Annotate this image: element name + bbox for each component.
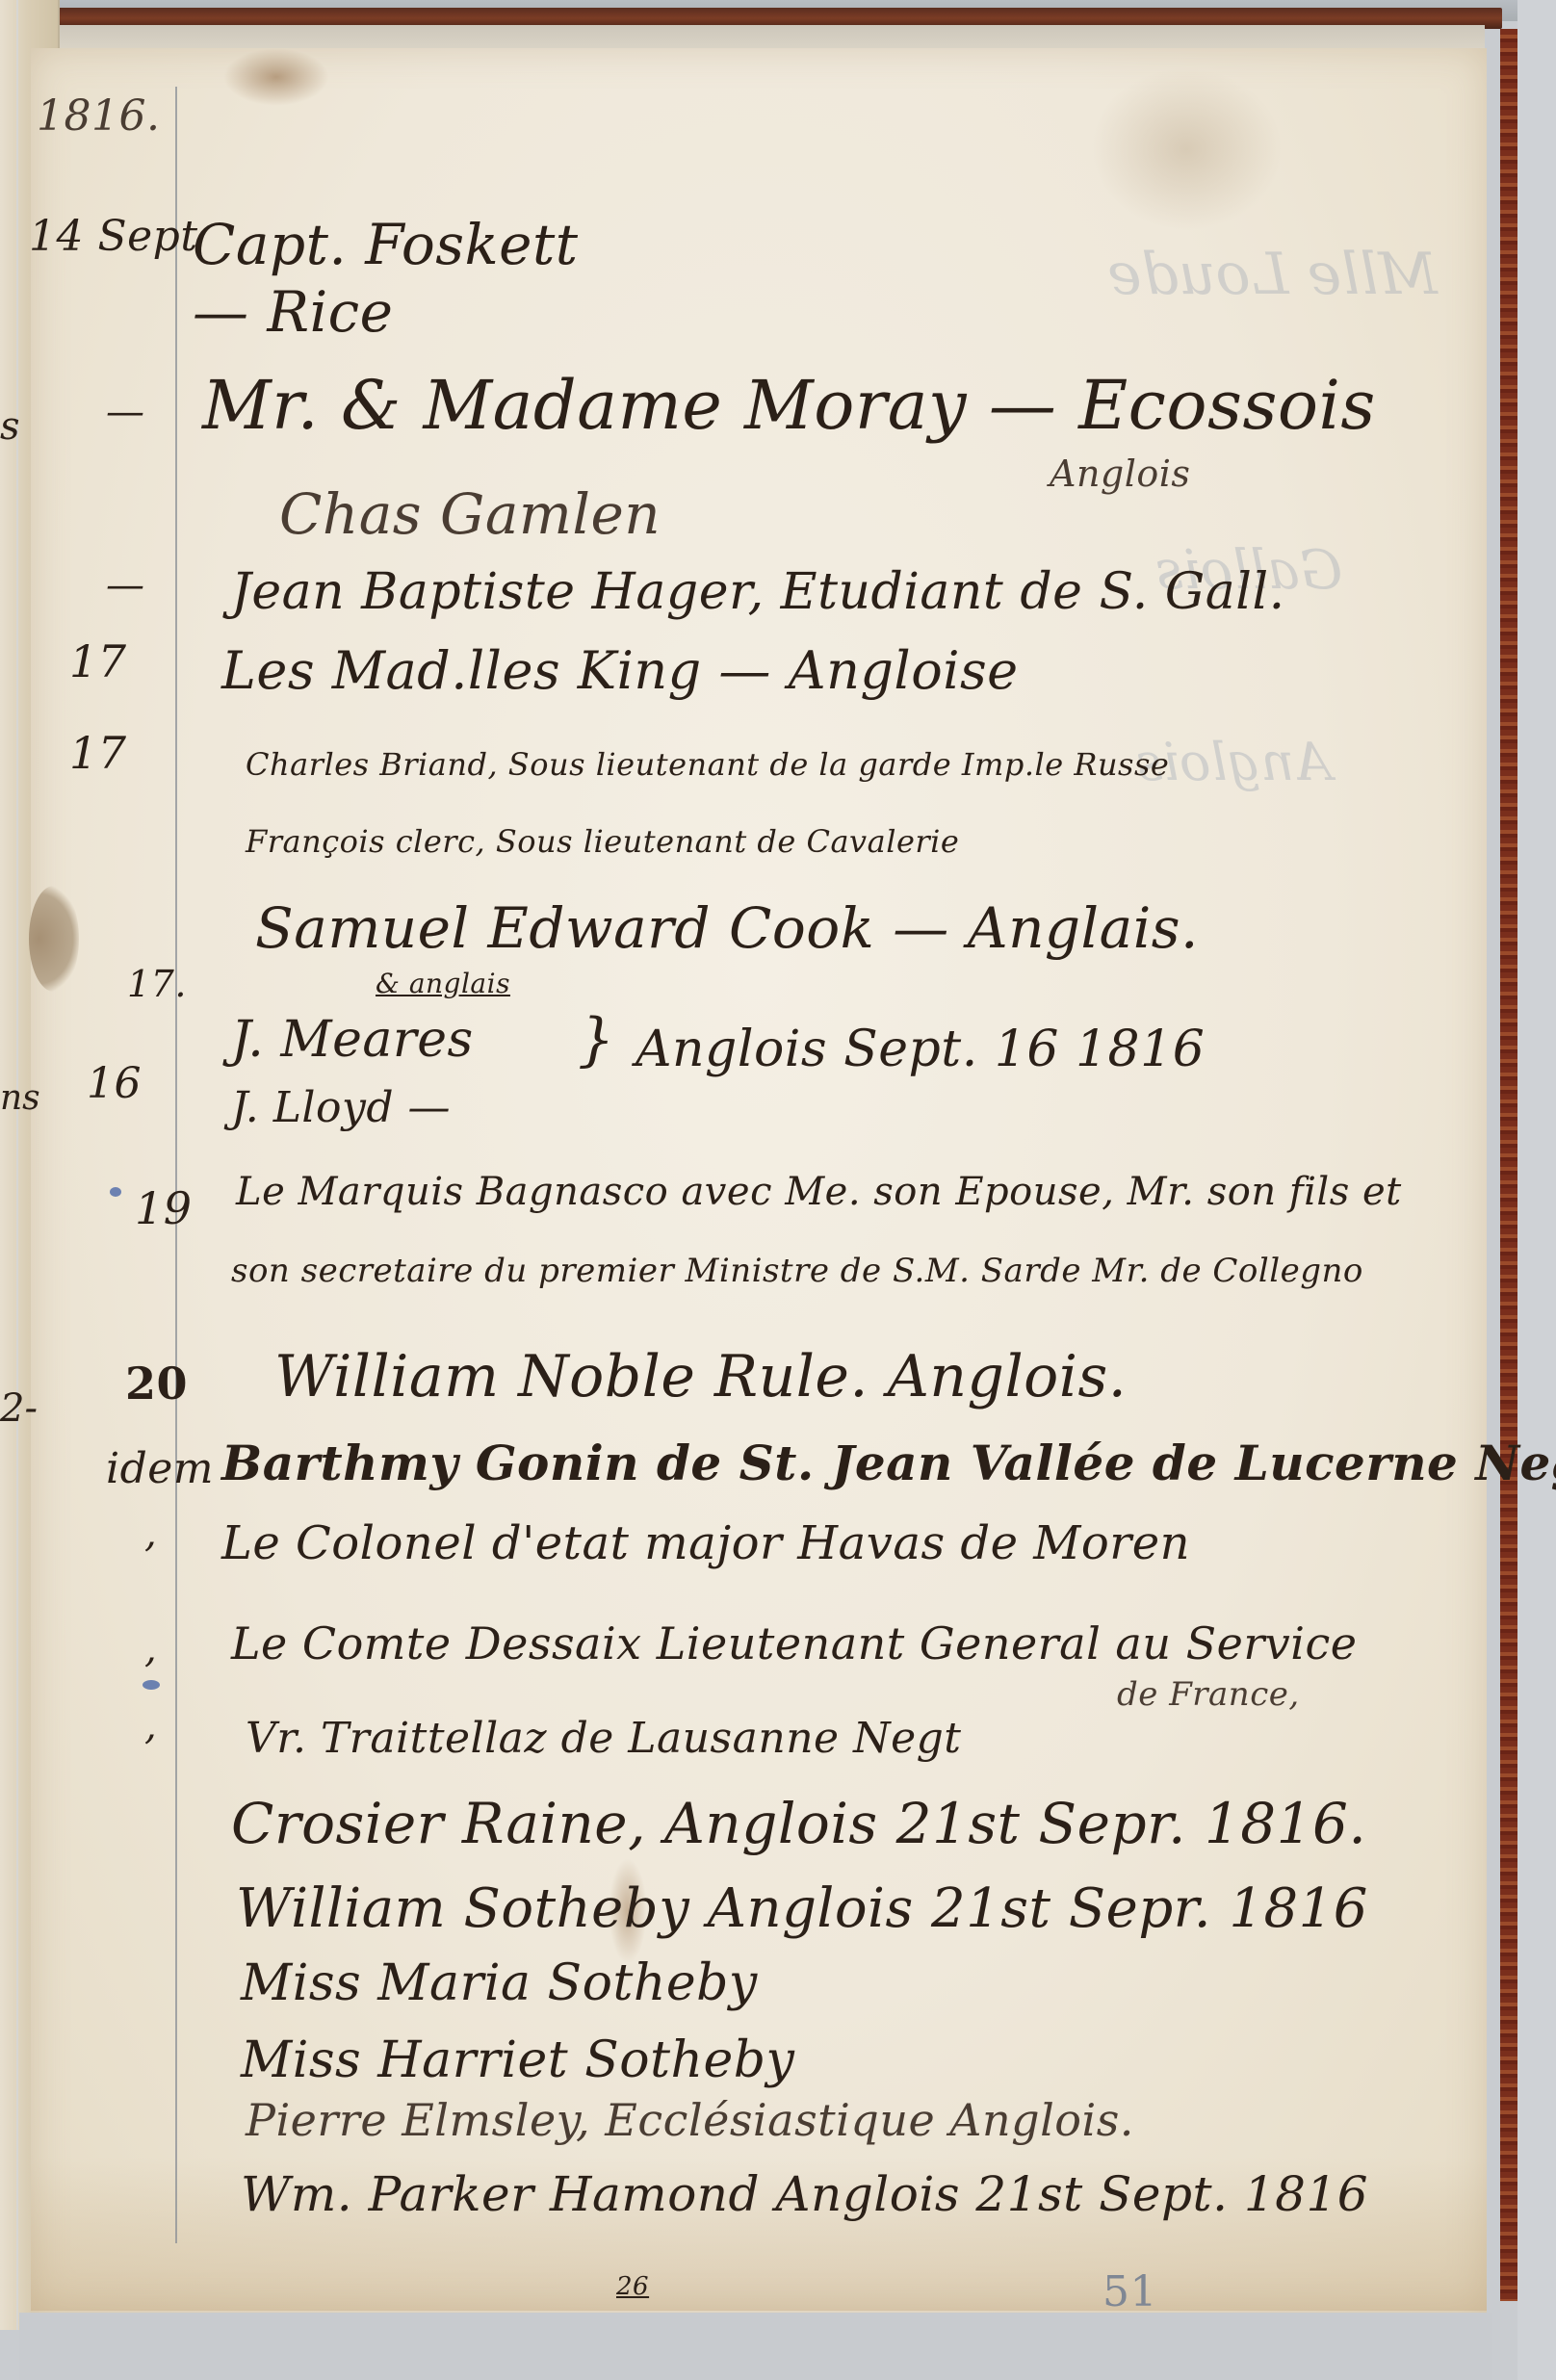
date-margin-rule xyxy=(175,87,177,2243)
entry-date: 17 xyxy=(69,635,127,687)
blue-ink-mark xyxy=(143,1680,160,1690)
folio-number-ink: 26 xyxy=(616,2272,649,2301)
left-page-fragment: ns xyxy=(0,1078,40,1118)
entry-nationality-date: Anglois Sept. 16 1816 xyxy=(635,1021,1205,1078)
register-entry: François clerc, Sous lieutenant de Caval… xyxy=(246,823,959,860)
register-entry: Miss Maria Sotheby xyxy=(241,1954,758,2012)
register-entry: Jean Baptiste Hager, Etudiant de S. Gall… xyxy=(231,563,1285,621)
entry-date: , xyxy=(144,1512,157,1556)
entry-date: 16 xyxy=(87,1059,142,1108)
register-entry: Le Comte Dessaix Lieutenant General au S… xyxy=(231,1617,1358,1669)
register-entry: Les Mad.lles King — Angloise xyxy=(221,640,1019,701)
left-page-fragment: s xyxy=(0,404,20,449)
register-entry: Le Marquis Bagnasco avec Me. son Epouse,… xyxy=(236,1170,1402,1214)
brace: } xyxy=(578,1011,615,1069)
register-entry: J. Meares xyxy=(231,1011,474,1069)
entry-date: 17 xyxy=(69,727,127,779)
tape-stain xyxy=(29,886,79,992)
register-entry: Capt. Foskett xyxy=(193,212,579,277)
register-entry: Vr. Traittellaz de Lausanne Negt xyxy=(246,1714,961,1763)
water-stain xyxy=(1090,67,1283,231)
folio-number-pencil: 51 xyxy=(1102,2267,1157,2316)
book-cover-edge xyxy=(1500,29,1517,2301)
register-entry: William Sotheby Anglois 21st Sepr. 1816 xyxy=(236,1877,1368,1940)
entry-date: , xyxy=(144,1627,157,1671)
entry-date: , xyxy=(144,1704,157,1748)
register-entry: Miss Harriet Sotheby xyxy=(241,2031,794,2089)
scan-background-right xyxy=(1517,0,1556,2380)
blue-ink-mark xyxy=(110,1187,121,1197)
entry-date: 17. xyxy=(127,963,187,1005)
register-entry: Crosier Raine, Anglois 21st Sepr. 1816. xyxy=(231,1791,1366,1856)
entry-date: idem xyxy=(106,1444,214,1493)
register-entry: J. Lloyd — xyxy=(231,1083,451,1132)
register-entry: Pierre Elmsley, Ecclésiastique Anglois. xyxy=(246,2094,1134,2146)
register-entry: Le Colonel d'etat major Havas de Moren xyxy=(221,1516,1190,1570)
entry-date: 20 xyxy=(125,1358,188,1410)
ink-stain xyxy=(223,48,329,106)
gutter-crease xyxy=(16,0,18,2330)
register-entry: Chas Gamlen xyxy=(279,481,661,547)
bleed-through-text: Mlle Loude xyxy=(1107,241,1438,308)
year-header: 1816. xyxy=(37,91,160,141)
entry-date: — xyxy=(106,390,145,434)
register-entry: Wm. Parker Hamond Anglois 21st Sept. 181… xyxy=(241,2166,1368,2222)
entry-annotation: de France, xyxy=(1117,1675,1300,1714)
entry-date: 19 xyxy=(135,1182,193,1234)
scan-background-bottom xyxy=(19,2313,1492,2380)
register-entry: Samuel Edward Cook — Anglais. xyxy=(255,895,1199,961)
entry-annotation: & anglais xyxy=(376,968,510,999)
entry-nationality: Anglois xyxy=(1050,453,1190,495)
register-entry: Barthmy Gonin de St. Jean Vallée de Luce… xyxy=(221,1435,1556,1491)
register-entry: Mr. & Madame Moray — Ecossois xyxy=(202,366,1376,445)
register-entry: son secretaire du premier Ministre de S.… xyxy=(231,1252,1363,1290)
register-entry: — Rice xyxy=(193,279,393,345)
register-entry: Charles Briand, Sous lieutenant de la ga… xyxy=(246,746,1169,783)
left-page-fragment: 2- xyxy=(0,1386,38,1431)
entry-date: 14 Sept xyxy=(29,212,198,261)
entry-date: — xyxy=(106,563,145,608)
register-entry: William Noble Rule. Anglois. xyxy=(274,1343,1127,1410)
